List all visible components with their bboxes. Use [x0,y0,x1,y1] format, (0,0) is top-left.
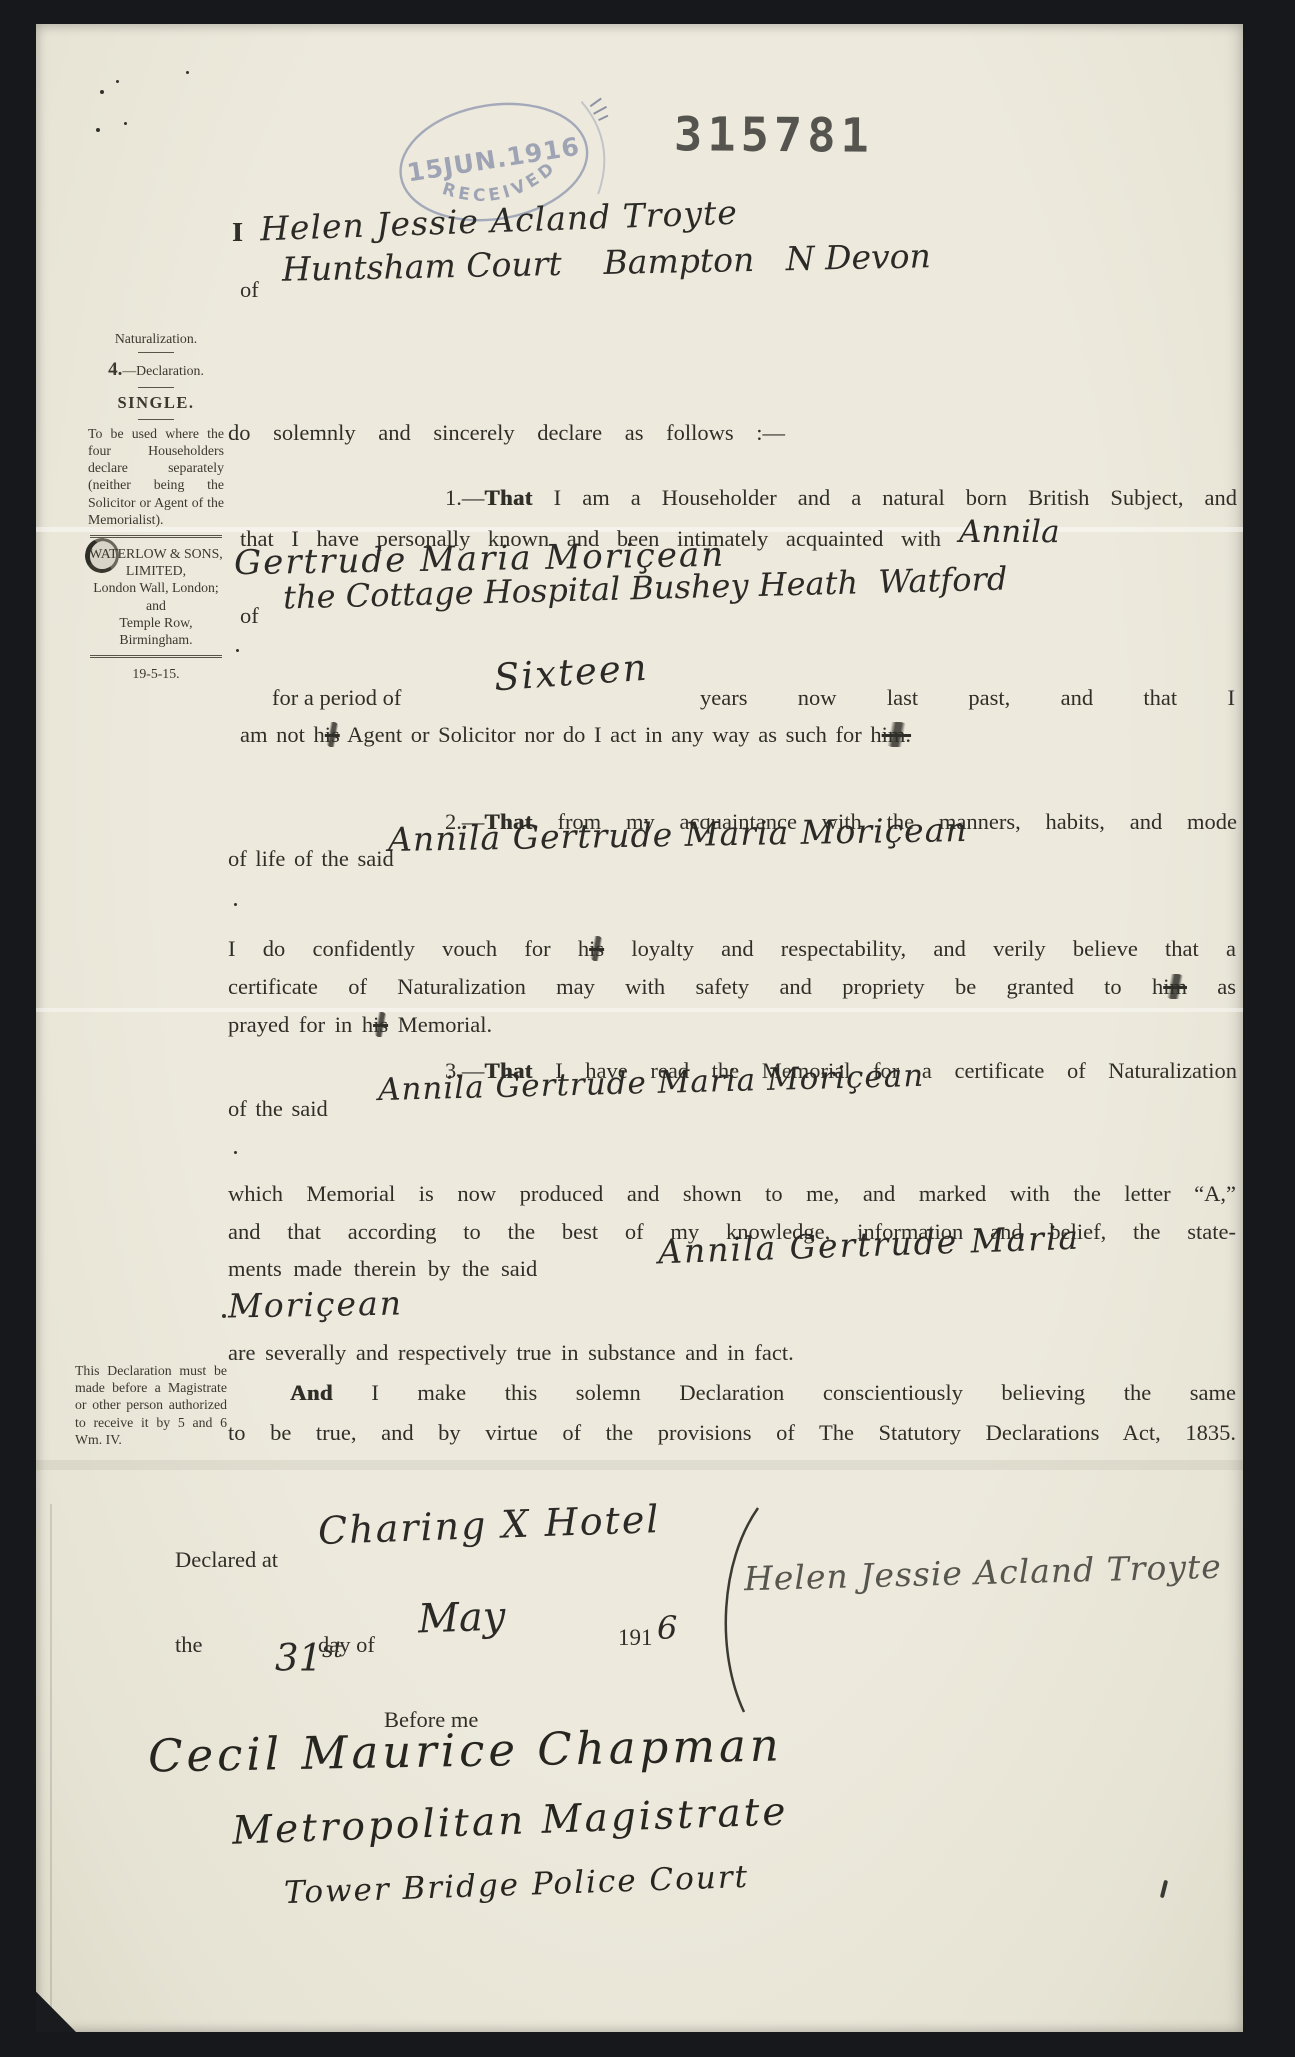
para1-number: 1.— [445,485,484,510]
prayed-text1: prayed for in h [228,1012,373,1037]
declarant-signature: Helen Jessie Acland Troyte [744,1550,1223,1595]
brace-mark [704,1502,766,1720]
agent-text2: Agent or Solicitor nor do I act in any w… [340,722,882,747]
margin-naturalization: Naturalization. [88,330,224,347]
printer-limited: LIMITED, [88,562,224,579]
of-label: of [240,276,259,304]
printer-and: and [88,597,224,614]
magistrate-court: Tower Bridge Police Court [284,1862,750,1909]
day-of-label: day of [318,1631,375,1659]
ink-stroke [1160,1880,1168,1898]
para1-line1: 1.—That I am a Householder and a natural… [445,484,1237,512]
vouch-line: I do confidently vouch for his loyalty a… [228,935,1236,963]
printer-code: 19-5-15. [88,665,224,682]
hw-day-number: 31 [275,1636,322,1679]
agent-line: am not his Agent or Solicitor nor do I a… [240,721,911,749]
stamp-date: 15JUN.1916 [405,132,582,188]
speck [100,90,104,94]
printer-address1: London Wall, London; [88,579,224,596]
magistrate-signature: Cecil Maurice Chapman [148,1722,784,1778]
declarant-name: Helen Jessie Acland Troyte [260,196,739,246]
vouch-text1: I do confidently vouch for h [228,936,589,961]
certificate-line: certificate of Naturalization may with s… [228,973,1236,1001]
printer-address2: Temple Row, Birmingham. [88,614,224,648]
struck-pronoun: is [373,1012,388,1037]
the-label: the [175,1631,203,1659]
hw-declared-place: Charing X Hotel [317,1500,661,1550]
stray-dot [234,1151,237,1154]
hw-year-digit: 6 [657,1612,677,1644]
para1-text1: I am a Householder and a natural born Br… [533,485,1237,510]
reference-number: 315781 [674,107,874,163]
speck [116,80,119,83]
vouch-text2: loyalty and respectability, and verily b… [604,936,1236,961]
corner-fold [36,1976,76,2032]
period-suffix: years now last past, and that I [700,684,1235,712]
hw-moricean: Moriçean [228,1286,403,1322]
hw-sixteen: Sixteen [493,649,650,697]
closing-line2: to be true, and by virtue of the provisi… [228,1419,1236,1447]
printed-i: I [232,216,243,250]
margin-rule [138,387,174,388]
margin-single: SINGLE. [88,393,224,414]
declared-at-label: Declared at [175,1546,278,1574]
opening-line: do solemnly and sincerely declare as fol… [228,419,785,447]
struck-pronoun: is [589,936,604,961]
prayed-text2: Memorial. [388,1012,492,1037]
ments-line: ments made therein by the said [228,1255,537,1283]
margin-form-number: 4. [108,359,122,380]
cert-text2: as [1187,974,1236,999]
closing-and: And [290,1380,333,1405]
closing-text1: I make this solemn Declaration conscient… [333,1380,1236,1405]
margin-double-rule [90,655,222,658]
magistrate-title: Metropolitan Magistrate [231,1792,789,1850]
paper-edge-crease [50,1504,52,2024]
hw-annila-full-1: Annila Gertrude Maria Moriçean [388,813,968,856]
document-scan: { "colors": { "paper": "#eae7da", "ink":… [0,0,1295,2057]
document-page: 15JUN.1916 RECEIVED 315781 I Helen Jessi… [36,24,1243,2032]
paper-crease [36,1008,1243,1012]
agent-text1: am not h [240,722,325,747]
printer-name: WATERLOW & SONS, [88,545,224,562]
period-prefix: for a period of [272,684,401,712]
struck-pronoun: is [325,722,340,747]
margin-magistrate-note: This Declaration must be made before a M… [75,1362,227,1448]
paper-crease [36,1460,1243,1470]
margin-rule [138,419,174,420]
margin-declaration: —Declaration. [122,363,204,378]
margin-declaration-line: 4.—Declaration. [88,358,224,382]
margin-rule [138,352,174,353]
para1-of: of [240,602,259,630]
stray-dot [222,1314,226,1318]
para2-line2: of life of the said [228,845,394,873]
closing-line1: And I make this solemn Declaration consc… [290,1379,1236,1407]
margin-usage-note: To be used where the four Householders d… [88,425,224,528]
margin-double-rule [90,535,222,538]
speck [186,71,189,74]
para3-line2: of the said [228,1095,328,1123]
struck-pronoun: im. [882,722,911,747]
struck-pronoun: im [1163,974,1187,999]
para1-that: That [484,485,532,510]
stray-dot [236,649,239,652]
memorial-line: which Memorial is now produced and shown… [228,1180,1236,1208]
margin-form-heading: Naturalization. 4.—Declaration. SINGLE. … [88,330,224,683]
prayed-line: prayed for in his Memorial. [228,1011,492,1039]
speck [124,122,127,125]
stray-dot [234,903,237,906]
speck [96,128,100,132]
year-printed: 191 [618,1624,653,1653]
severally-line: are severally and respectively true in s… [228,1339,794,1367]
hw-month: May [417,1596,506,1639]
declarant-address: Huntsham Court Bampton N Devon [282,239,931,286]
cert-text1: certificate of Naturalization may with s… [228,974,1163,999]
hw-annila-1: Annila [959,514,1060,550]
